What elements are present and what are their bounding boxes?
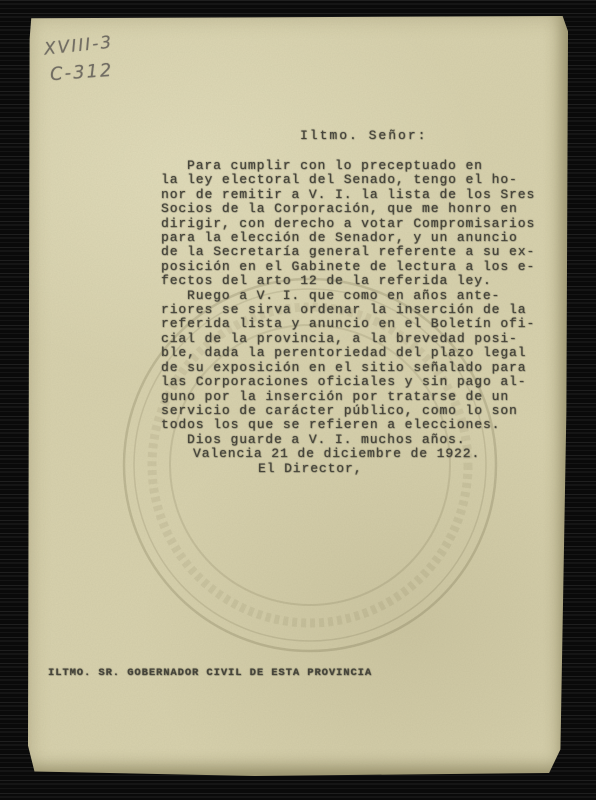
letter-line: cial de la provincia, a la brevedad posi… — [161, 332, 563, 346]
letter-line: ble, dada la perentoriedad del plazo leg… — [161, 346, 563, 360]
letter-line: la ley electoral del Senado, tengo el ho… — [161, 173, 563, 187]
letter-line: para la elección de Senador, y un anunci… — [161, 231, 563, 245]
letter-line: servicio de carácter público, como lo so… — [161, 404, 563, 418]
letter-body: Para cumplir con lo preceptuado enla ley… — [161, 159, 563, 476]
letter-line: Socios de la Corporación, que me honro e… — [161, 202, 563, 216]
letter-line: posición en el Gabinete de lectura a los… — [161, 260, 563, 274]
letter-line: riores se sirva ordenar la inserción de … — [161, 303, 563, 317]
letter-line: Dios guarde a V. I. muchos años. — [161, 433, 563, 447]
letter-line: nor de remitir a V. I. la lista de los S… — [161, 188, 563, 202]
letter-line: dirigir, con derecho a votar Compromisar… — [161, 217, 563, 231]
letter-page: XVIII-3 C-312 Iltmo. Señor: Para cumplir… — [28, 16, 568, 776]
letter-line: todos los que se refieren a elecciones. — [161, 418, 563, 432]
archival-annotation-box-number: C-312 — [49, 60, 114, 85]
archival-annotation-shelfmark: XVIII-3 — [43, 32, 114, 59]
letter-line: Para cumplir con lo preceptuado en — [161, 159, 563, 173]
letter-line: de su exposición en el sitio señalado pa… — [161, 361, 563, 375]
letter-line: guno por la inserción por tratarse de un — [161, 390, 563, 404]
letter-salutation: Iltmo. Señor: — [300, 128, 427, 143]
letter-line: referida lista y anuncio en el Boletín o… — [161, 317, 563, 331]
letter-line: El Director, — [161, 462, 563, 476]
letter-line: de la Secretaría general referente a su … — [161, 245, 563, 259]
letter-line: las Corporaciones oficiales y sin pago a… — [161, 375, 563, 389]
letter-line: fectos del arto 12 de la referida ley. — [161, 274, 563, 288]
letter-line: Ruego a V. I. que como en años ante- — [161, 289, 563, 303]
letter-line: Valencia 21 de diciembre de 1922. — [161, 447, 563, 461]
letter-addressee-line: ILTMO. SR. GOBERNADOR CIVIL DE ESTA PROV… — [48, 667, 372, 679]
scan-background: XVIII-3 C-312 Iltmo. Señor: Para cumplir… — [0, 0, 596, 800]
